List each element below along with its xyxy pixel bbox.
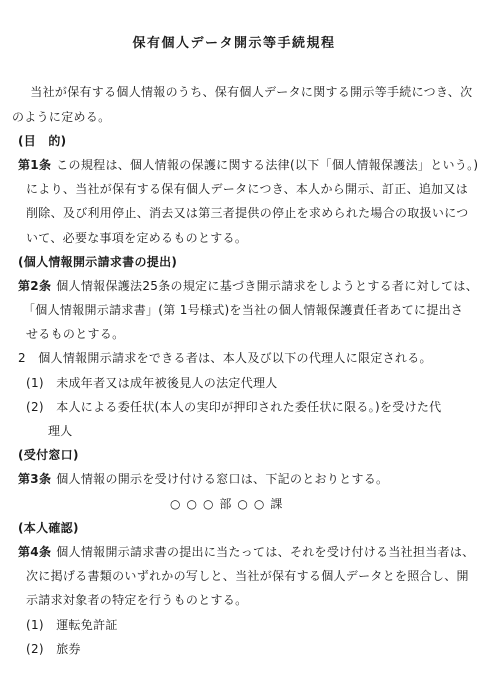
article-4-line-3: 示請求対象者の特定を行うものとする。 xyxy=(26,588,462,612)
article-2-line-2: 「個人情報開示請求書」(第 1号様式)を当社の個人情報保護責任者あてに提出さ xyxy=(23,298,462,322)
list-item-drivers-license: (1) 運転免許証 xyxy=(26,613,462,637)
article-1-number: 第1条 xyxy=(18,158,51,172)
article-1-text: この規程は、個人情報の保護に関する法律(以下「個人情報保護法」という。) xyxy=(56,158,478,172)
document-page: 保有個人データ開示等手続規程 当社が保有する個人情報のうち、保有個人データに関す… xyxy=(0,0,480,699)
article-3-text: 個人情報の開示を受け付ける窓口は、下記のとおりとする。 xyxy=(56,472,388,486)
article-2-text: 個人情報保護法25条の規定に基づき開示請求をしようとする者に対しては、 xyxy=(56,279,478,293)
article-2-line-1: 第2条個人情報保護法25条の規定に基づき開示請求をしようとする者に対しては、 xyxy=(18,274,462,298)
department-name: ○○○部○○課 xyxy=(170,492,462,516)
list-item-passport: (2) 旅券 xyxy=(26,637,462,661)
document-title: 保有個人データ開示等手続規程 xyxy=(6,32,462,56)
list-item-legal-representative: (1) 未成年者又は成年被後見人の法定代理人 xyxy=(26,371,462,395)
section-heading-request-form: (個人情報開示請求書の提出) xyxy=(18,250,462,274)
section-heading-purpose: (目 的) xyxy=(18,129,462,153)
article-2-line-3: せるものとする。 xyxy=(26,322,462,346)
intro-line-1: 当社が保有する個人情報のうち、保有個人データに関する開示等手続につき、次 xyxy=(18,80,462,104)
article-2-paragraph-2: 2 個人情報開示請求をできる者は、本人及び以下の代理人に限定される。 xyxy=(18,346,462,370)
article-1-line-1: 第1条この規程は、個人情報の保護に関する法律(以下「個人情報保護法」という。) xyxy=(18,153,462,177)
article-1-line-2: により、当社が保有する保有個人データにつき、本人から開示、訂正、追加又は xyxy=(26,177,462,201)
section-heading-identity-verification: (本人確認) xyxy=(18,516,462,540)
list-item-proxy-line-2: 理人 xyxy=(48,419,462,443)
article-4-line-1: 第4条個人情報開示請求書の提出に当たっては、それを受け付ける当社担当者は、 xyxy=(18,540,462,564)
article-2-number: 第2条 xyxy=(18,279,51,293)
article-3-line-1: 第3条個人情報の開示を受け付ける窓口は、下記のとおりとする。 xyxy=(18,467,462,491)
article-4-number: 第4条 xyxy=(18,545,51,559)
article-1-line-3: 削除、及び利用停止、消去又は第三者提供の停止を求められた場合の取扱いにつ xyxy=(26,201,462,225)
list-item-proxy-line-1: (2) 本人による委任状(本人の実印が押印された委任状に限る。)を受けた代 xyxy=(26,395,462,419)
intro-line-2: のように定める。 xyxy=(12,105,462,129)
article-1-line-4: いて、必要な事項を定めるものとする。 xyxy=(26,226,462,250)
article-4-line-2: 次に掲げる書類のいずれかの写しと、当社が保有する個人データとを照合し、開 xyxy=(26,564,462,588)
document-content: 保有個人データ開示等手続規程 当社が保有する個人情報のうち、保有個人データに関す… xyxy=(6,32,462,661)
article-4-text: 個人情報開示請求書の提出に当たっては、それを受け付ける当社担当者は、 xyxy=(56,545,474,559)
article-3-number: 第3条 xyxy=(18,472,51,486)
blank-line xyxy=(6,56,462,80)
section-heading-reception-desk: (受付窓口) xyxy=(18,443,462,467)
